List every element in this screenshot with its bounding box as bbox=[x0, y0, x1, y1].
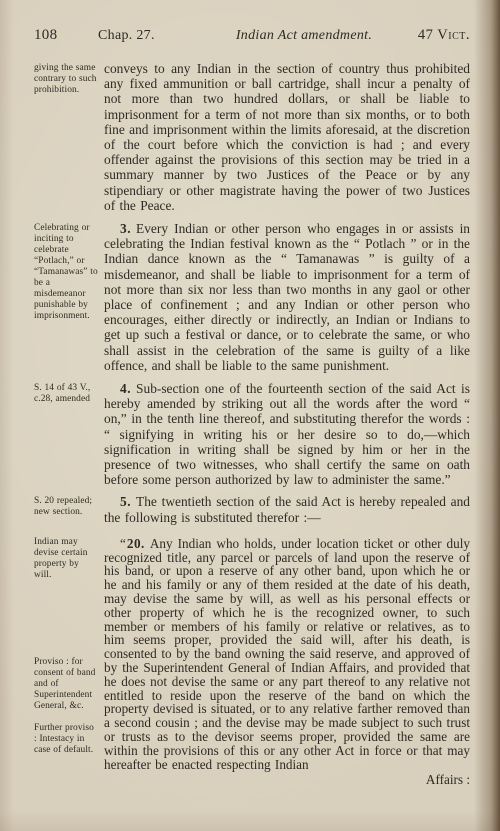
section-text: 4.Sub-section one of the fourteenth sect… bbox=[104, 381, 470, 487]
section-text: conveys to any Indian in the section of … bbox=[104, 61, 470, 213]
page-number: 108 bbox=[34, 27, 98, 44]
section-text: 5.The twentieth section of the said Act … bbox=[104, 494, 470, 524]
marginal-note: S. 14 of 43 V., c.28, amended bbox=[34, 381, 98, 487]
catchword: Affairs : bbox=[104, 772, 470, 788]
act-section-20-quoted: Indian may devise certain property by wi… bbox=[0, 537, 500, 789]
act-section-2-continuation: giving the same contrary to such prohibi… bbox=[0, 61, 500, 213]
act-section-3: Celebrating or inciting to celebrate “Po… bbox=[0, 221, 500, 373]
running-header: 108 Chap. 27. Indian Act amendment. 47 V… bbox=[0, 0, 500, 44]
marginal-note-column: Indian may devise certain property by wi… bbox=[34, 537, 98, 789]
chapter-label: Chap. 27. bbox=[98, 28, 208, 44]
marginal-note: Indian may devise certain property by wi… bbox=[34, 537, 98, 581]
marginal-note: Proviso : for consent of band and of Sup… bbox=[34, 657, 98, 712]
act-section-4: S. 14 of 43 V., c.28, amended 4.Sub-sect… bbox=[0, 381, 500, 487]
section-number: 3. bbox=[120, 221, 131, 236]
running-title: Indian Act amendment. bbox=[208, 28, 400, 44]
book-page: 108 Chap. 27. Indian Act amendment. 47 V… bbox=[0, 0, 500, 831]
section-text: 3.Every Indian or other person who engag… bbox=[104, 221, 470, 373]
act-section-5: S. 20 repealed; new section. 5.The twent… bbox=[0, 494, 500, 524]
section-number: 5. bbox=[120, 494, 131, 509]
marginal-note: giving the same contrary to such prohibi… bbox=[34, 61, 98, 213]
marginal-note: Celebrating or inciting to celebrate “Po… bbox=[34, 221, 98, 373]
section-text: “20.Any Indian who holds, under location… bbox=[104, 537, 470, 772]
page-body: giving the same contrary to such prohibi… bbox=[0, 61, 500, 788]
marginal-note: S. 20 repealed; new section. bbox=[34, 494, 98, 524]
marginal-note: Further proviso : Intestacy in case of d… bbox=[34, 723, 98, 756]
open-quote: “ bbox=[120, 536, 126, 551]
section-number: 20. bbox=[127, 536, 145, 551]
section-20-block: “20.Any Indian who holds, under location… bbox=[104, 537, 470, 789]
regnal-year: 47 Vict. bbox=[400, 27, 470, 44]
section-number: 4. bbox=[120, 381, 131, 396]
